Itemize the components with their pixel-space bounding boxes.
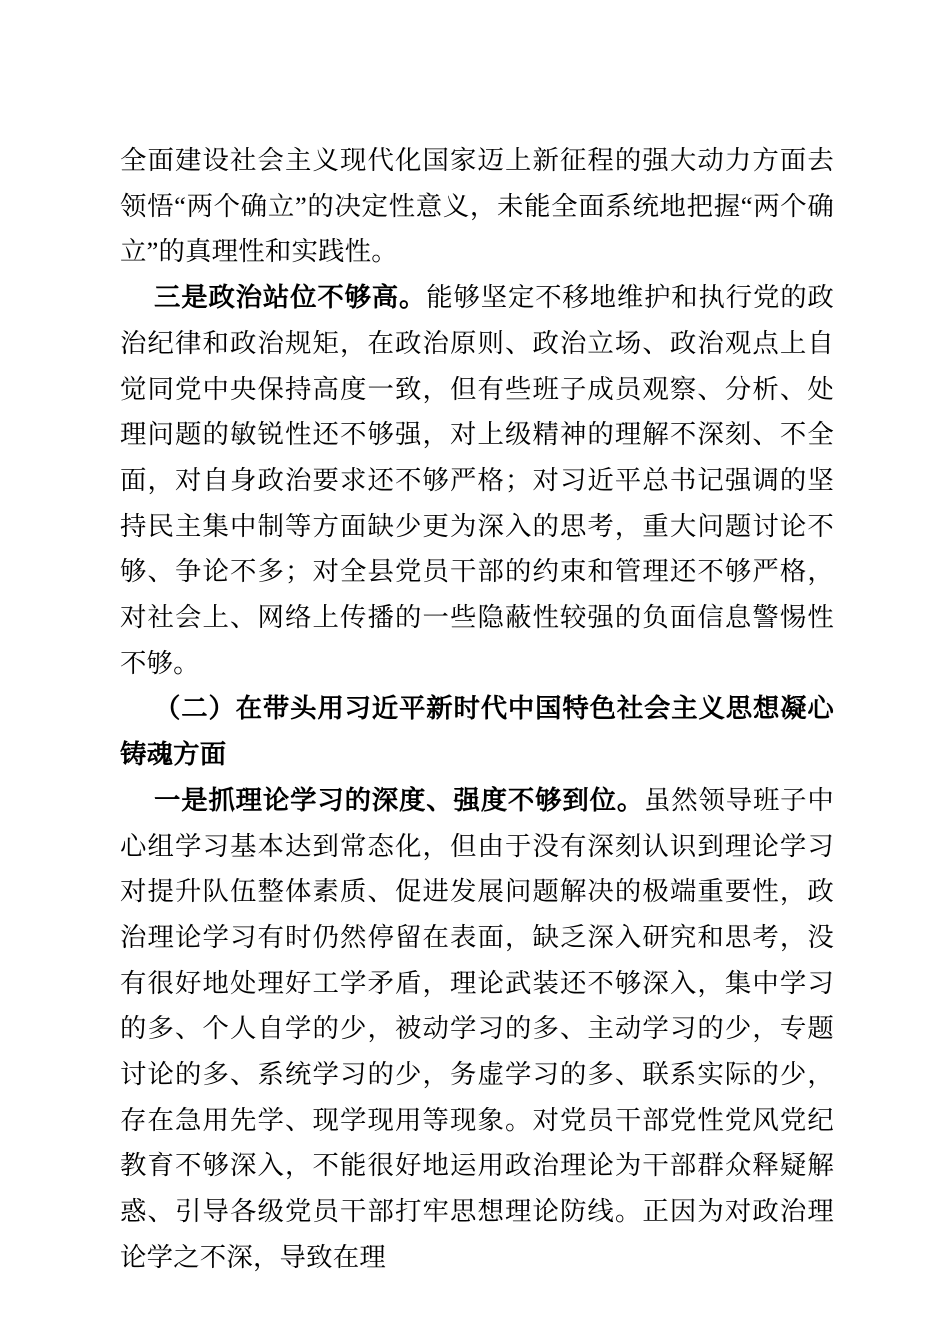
document-page: 全面建设社会主义现代化国家迈上新征程的强大动力方面去领悟“两个确立”的决定性意义… [0,0,950,1344]
document-content: 全面建设社会主义现代化国家迈上新征程的强大动力方面去领悟“两个确立”的决定性意义… [120,138,834,1281]
paragraph-text: 全面建设社会主义现代化国家迈上新征程的强大动力方面去领悟“两个确立”的决定性意义… [120,145,834,266]
paragraph-lead: 三是政治站位不够高。 [154,282,426,312]
section-heading: （二）在带头用习近平新时代中国特色社会主义思想凝心铸魂方面 [120,686,834,777]
paragraph-text: 能够坚定不移地维护和执行党的政治纪律和政治规矩，在政治原则、政治立场、政治观点上… [120,282,834,678]
paragraph-lead: 一是抓理论学习的深度、强度不够到位。 [154,785,644,815]
paragraph-text: 虽然领导班子中心组学习基本达到常态化，但由于没有深刻认识到理论学习对提升队伍整体… [120,785,834,1272]
heading-text: （二）在带头用习近平新时代中国特色社会主义思想凝心铸魂方面 [120,693,834,769]
paragraph: 一是抓理论学习的深度、强度不够到位。虽然领导班子中心组学习基本达到常态化，但由于… [120,778,834,1281]
paragraph: 三是政治站位不够高。能够坚定不移地维护和执行党的政治纪律和政治规矩，在政治原则、… [120,275,834,686]
paragraph: 全面建设社会主义现代化国家迈上新征程的强大动力方面去领悟“两个确立”的决定性意义… [120,138,834,275]
